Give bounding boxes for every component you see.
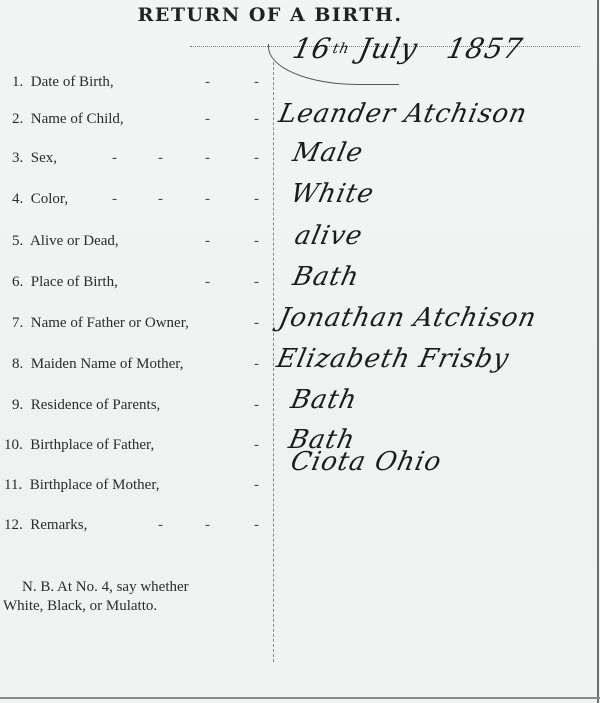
answer-day: 16: [290, 32, 335, 65]
field-number: 5.: [12, 233, 23, 249]
field-answer: Bath: [288, 385, 360, 415]
document-title: RETURN OF A BIRTH.: [0, 4, 540, 26]
field-number: 8.: [12, 356, 23, 372]
field-label: 8. Maiden Name of Mother,: [12, 354, 183, 374]
field-label-text: Name of Child,: [31, 111, 124, 127]
page-right-edge: [597, 0, 599, 703]
field-label: 7. Name of Father or Owner,: [12, 313, 189, 333]
field-row-date-of-birth: 1. Date of Birth, - - 16th July 1857: [0, 72, 600, 98]
leader-dash: -: [254, 475, 259, 495]
leader-dash: -: [254, 109, 259, 129]
leader-dash: -: [254, 148, 259, 168]
field-label: 5. Alive or Dead,: [12, 231, 119, 251]
field-row-name-of-child: 2. Name of Child, - - Leander Atchison: [0, 109, 600, 135]
leader-dash: -: [205, 515, 210, 535]
field-label-text: Date of Birth,: [31, 74, 114, 90]
field-number: 12.: [4, 517, 23, 533]
field-row-name-of-father-or-owner: 7. Name of Father or Owner, - Jonathan A…: [0, 313, 600, 339]
leader-dash: -: [112, 148, 117, 168]
field-number: 1.: [12, 74, 23, 90]
field-row-residence-of-parents: 9. Residence of Parents, - Bath: [0, 395, 600, 421]
field-label: 9. Residence of Parents,: [12, 395, 160, 415]
footnote: N. B. At No. 4, say whether White, Black…: [3, 578, 189, 616]
leader-dash: -: [254, 395, 259, 415]
leader-dash: -: [254, 515, 259, 535]
answer-month-year: July 1857: [356, 32, 526, 65]
answer-day-suffix: th: [331, 41, 351, 57]
leader-dash: -: [158, 515, 163, 535]
leader-dash: -: [205, 272, 210, 292]
field-answer: Ciota Ohio: [288, 447, 444, 477]
field-label-text: Sex,: [31, 150, 57, 166]
field-label: 11. Birthplace of Mother,: [4, 475, 159, 495]
field-label-text: Color,: [31, 191, 68, 207]
field-number: 10.: [4, 437, 23, 453]
leader-dash: -: [254, 189, 259, 209]
leader-dash: -: [205, 148, 210, 168]
leader-dash: -: [254, 231, 259, 251]
field-number: 2.: [12, 111, 23, 127]
field-answer: 16th July 1857: [290, 34, 526, 64]
leader-dash: -: [158, 189, 163, 209]
leader-dash: -: [254, 72, 259, 92]
field-number: 4.: [12, 191, 23, 207]
field-label-text: Birthplace of Father,: [30, 437, 154, 453]
field-label-text: Name of Father or Owner,: [31, 315, 189, 331]
leader-dash: -: [254, 313, 259, 333]
field-answer: Elizabeth Frisby: [274, 344, 512, 374]
page-bottom-edge: [0, 697, 600, 699]
field-label: 6. Place of Birth,: [12, 272, 118, 292]
field-label-text: Alive or Dead,: [30, 233, 119, 249]
field-number: 7.: [12, 315, 23, 331]
field-answer: Leander Atchison: [276, 99, 530, 129]
field-row-color: 4. Color, - - - - White: [0, 189, 600, 215]
field-label-text: Maiden Name of Mother,: [31, 356, 184, 372]
field-number: 3.: [12, 150, 23, 166]
leader-dash: -: [205, 109, 210, 129]
field-label: 4. Color,: [12, 189, 68, 209]
field-row-alive-or-dead: 5. Alive or Dead, - - alive: [0, 231, 600, 257]
footnote-line-2: White, Black, or Mulatto.: [3, 597, 189, 616]
field-label: 1. Date of Birth,: [12, 72, 114, 92]
field-label-text: Residence of Parents,: [31, 397, 161, 413]
leader-dash: -: [254, 354, 259, 374]
leader-dash: -: [158, 148, 163, 168]
leader-dash: -: [205, 189, 210, 209]
leader-dash: -: [112, 189, 117, 209]
field-number: 6.: [12, 274, 23, 290]
field-row-birthplace-of-mother: 11. Birthplace of Mother, - Ciota Ohio: [0, 475, 600, 501]
field-row-sex: 3. Sex, - - - - Male: [0, 148, 600, 174]
leader-dash: -: [254, 272, 259, 292]
field-label-text: Remarks,: [30, 517, 87, 533]
field-label: 12. Remarks,: [4, 515, 87, 535]
field-row-remarks: 12. Remarks, - - -: [0, 515, 600, 541]
field-answer: alive: [292, 221, 366, 251]
birth-return-document: RETURN OF A BIRTH. 1. Date of Birth, - -…: [0, 0, 600, 703]
field-row-place-of-birth: 6. Place of Birth, - - Bath: [0, 272, 600, 298]
field-answer: Bath: [290, 262, 362, 292]
field-label-text: Birthplace of Mother,: [30, 477, 160, 493]
field-row-maiden-name-of-mother: 8. Maiden Name of Mother, - Elizabeth Fr…: [0, 354, 600, 380]
field-answer: White: [288, 179, 377, 209]
leader-dash: -: [205, 72, 210, 92]
field-number: 9.: [12, 397, 23, 413]
field-number: 11.: [4, 477, 22, 493]
field-label: 3. Sex,: [12, 148, 57, 168]
field-label: 10. Birthplace of Father,: [4, 435, 154, 455]
leader-dash: -: [205, 231, 210, 251]
field-label-text: Place of Birth,: [31, 274, 118, 290]
footnote-line-1: N. B. At No. 4, say whether: [3, 578, 189, 597]
leader-dash: -: [254, 435, 259, 455]
field-answer: Male: [290, 138, 366, 168]
field-label: 2. Name of Child,: [12, 109, 124, 129]
field-answer: Jonathan Atchison: [276, 303, 540, 333]
